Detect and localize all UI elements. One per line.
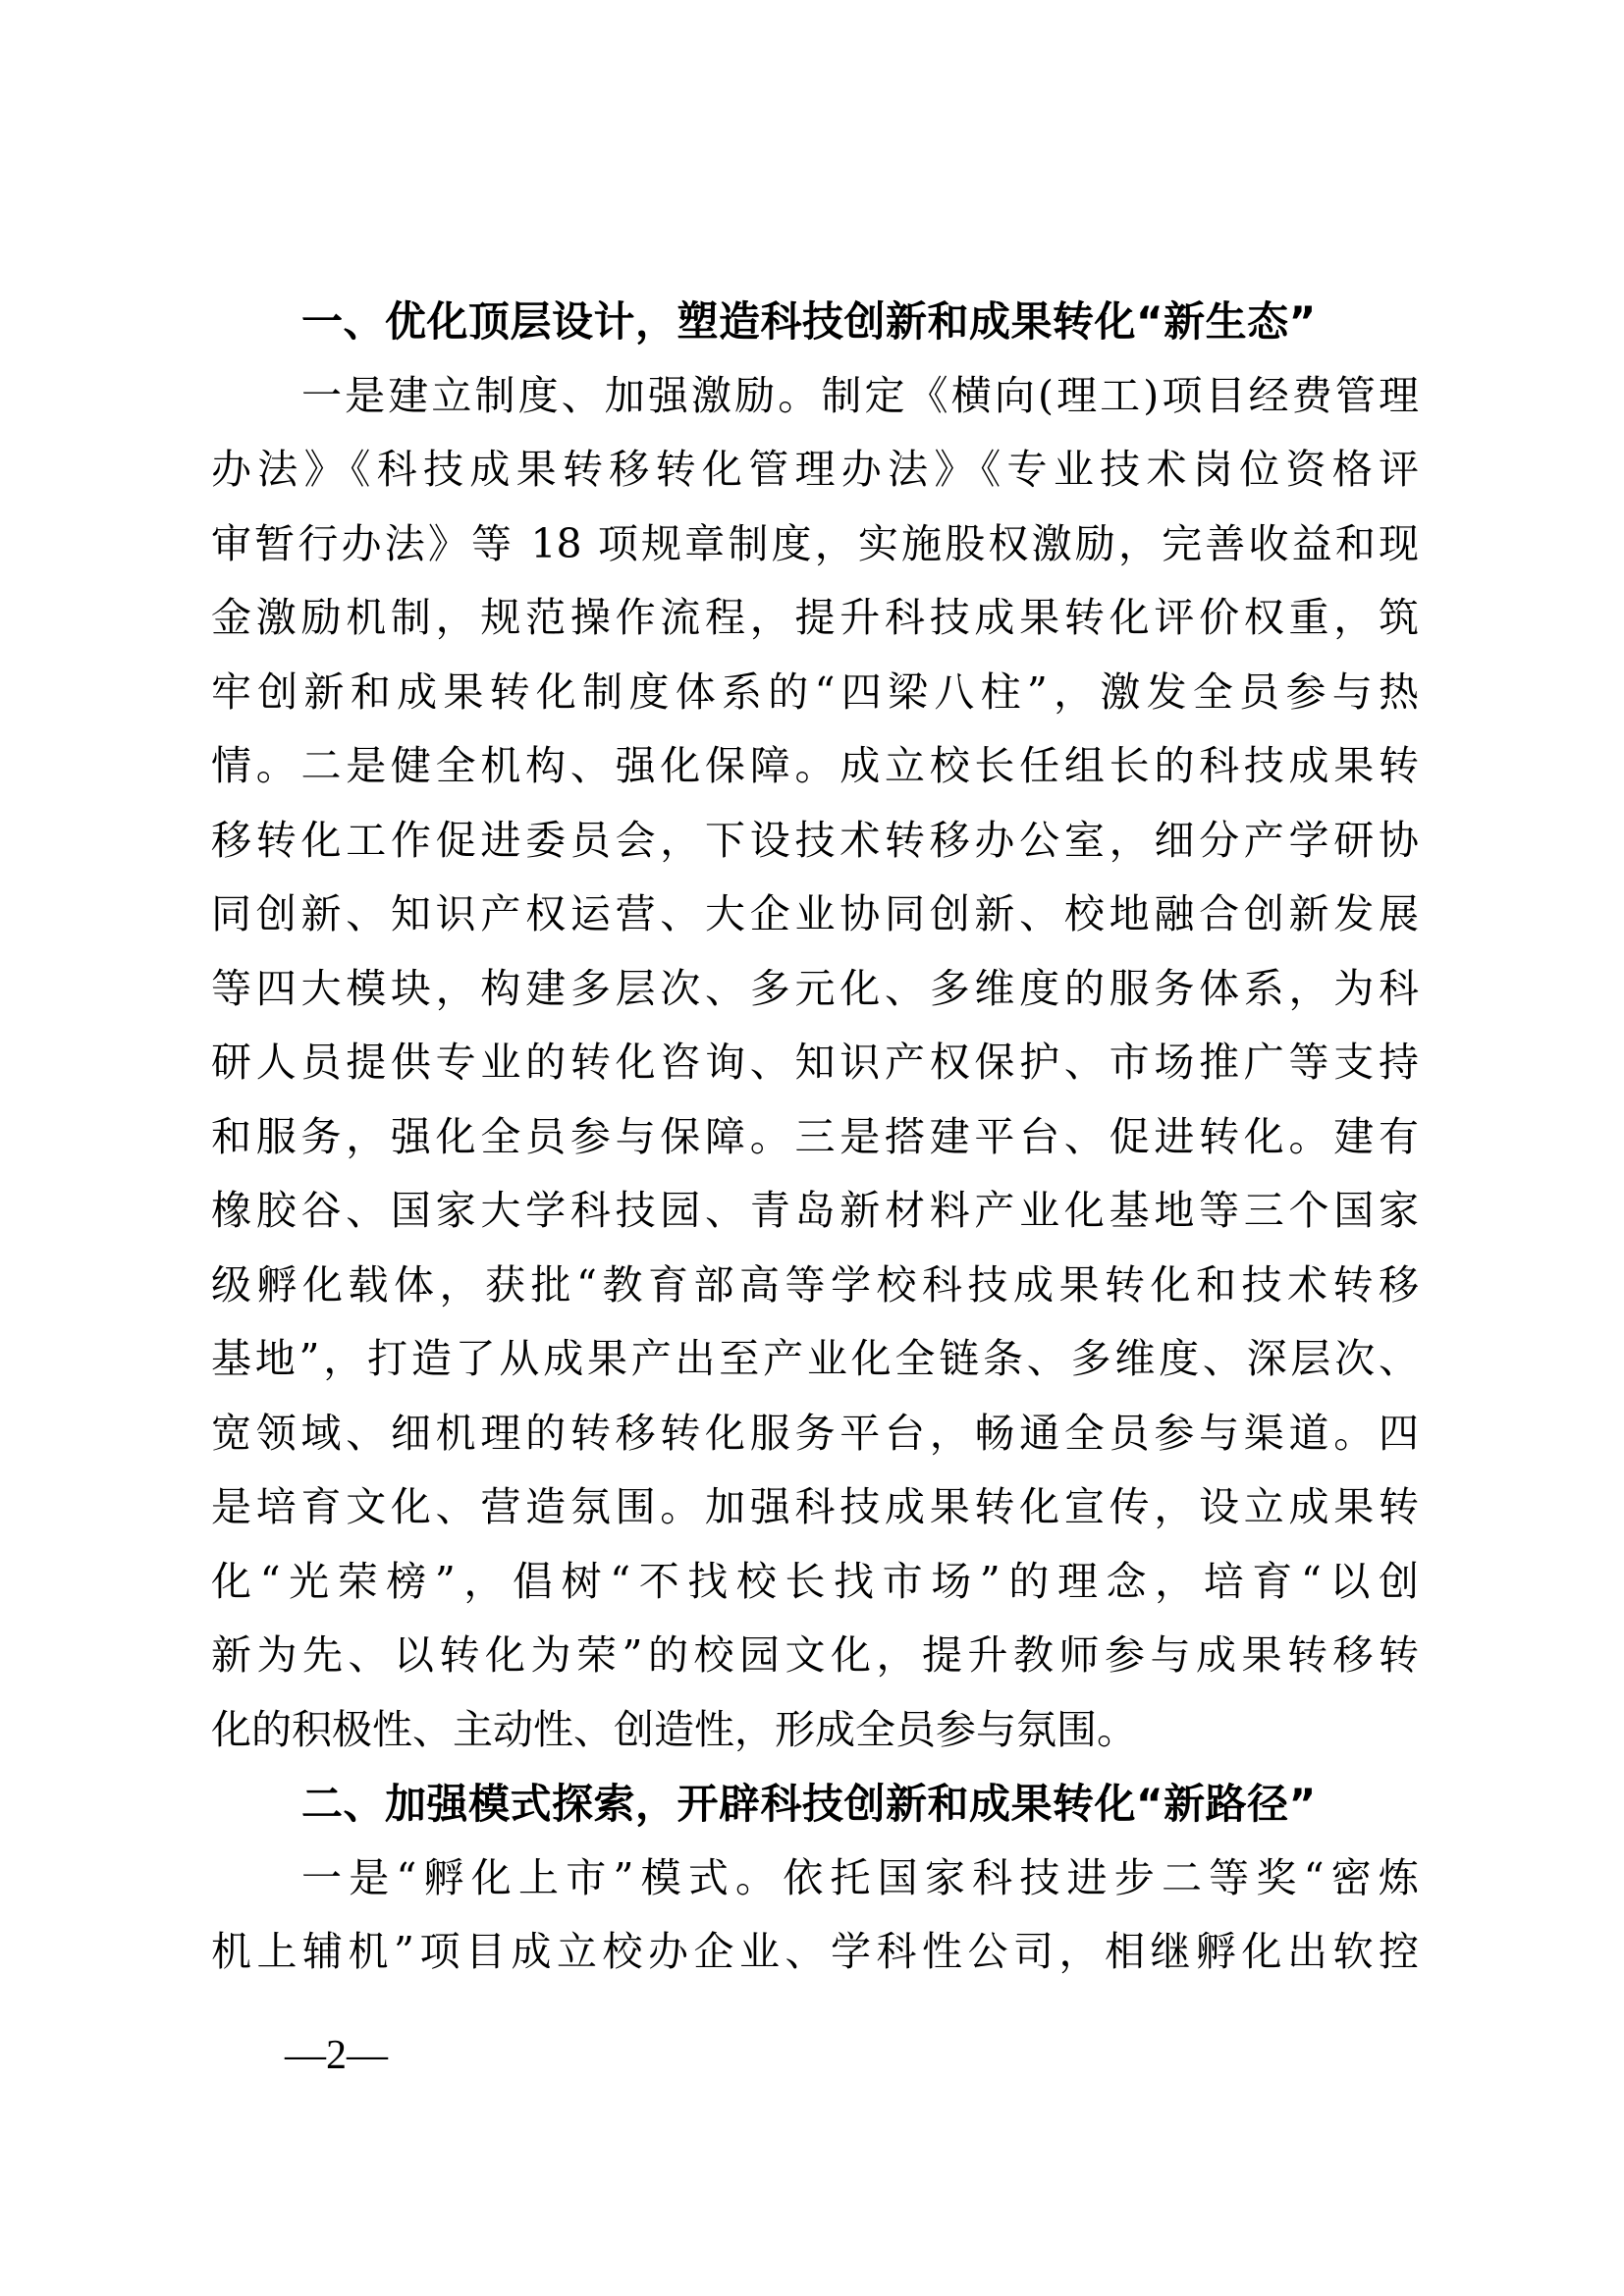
text-line: 审暂行办法》等 18 项规章制度，实施股权激励，完善收益和现: [211, 507, 1419, 582]
text-line: 牢创新和成果转化制度体系的“四梁八柱”，激发全员参与热: [211, 656, 1419, 730]
text-line: 等四大模块，构建多层次、多元化、多维度的服务体系，为科: [211, 952, 1419, 1027]
text-line: 化“光荣榜”，倡树“不找校长找市场”的理念，培育“以创: [211, 1545, 1419, 1620]
text-line: 情。二是健全机构、强化保障。成立校长任组长的科技成果转: [211, 729, 1419, 804]
text-line: 研人员提供专业的转化咨询、知识产权保护、市场推广等支持: [211, 1026, 1419, 1100]
section-heading-2: 二、加强模式探索，开辟科技创新和成果转化“新路径”: [211, 1767, 1419, 1842]
text-line: 和服务，强化全员参与保障。三是搭建平台、促进转化。建有: [211, 1100, 1419, 1175]
section-2-paragraph: 一是“孵化上市”模式。依托国家科技进步二等奖“密炼 机上辅机”项目成立校办企业、…: [211, 1842, 1419, 1990]
text-line: 机上辅机”项目成立校办企业、学科性公司，相继孵化出软控: [211, 1915, 1419, 1990]
text-line: 金激励机制，规范操作流程，提升科技成果转化评价权重，筑: [211, 581, 1419, 656]
section-heading-1: 一、优化顶层设计，塑造科技创新和成果转化“新生态”: [211, 285, 1419, 359]
section-1-paragraph: 一是建立制度、加强激励。制定《横向(理工)项目经费管理 办法》《科技成果转移转化…: [211, 359, 1419, 1768]
text-line: 移转化工作促进委员会，下设技术转移办公室，细分产学研协: [211, 804, 1419, 879]
text-line: 是培育文化、营造氛围。加强科技成果转化宣传，设立成果转: [211, 1470, 1419, 1545]
text-line: 级孵化载体，获批“教育部高等学校科技成果转化和技术转移: [211, 1249, 1419, 1323]
text-line: 橡胶谷、国家大学科技园、青岛新材料产业化基地等三个国家: [211, 1174, 1419, 1249]
text-line: 一是“孵化上市”模式。依托国家科技进步二等奖“密炼: [211, 1842, 1419, 1916]
text-line: 新为先、以转化为荣”的校园文化，提升教师参与成果转移转: [211, 1619, 1419, 1693]
document-page: 一、优化顶层设计，塑造科技创新和成果转化“新生态” 一是建立制度、加强激励。制定…: [0, 0, 1624, 2296]
text-line: 一是建立制度、加强激励。制定《横向(理工)项目经费管理: [211, 359, 1419, 434]
text-line: 宽领域、细机理的转移转化服务平台，畅通全员参与渠道。四: [211, 1397, 1419, 1471]
document-body: 一、优化顶层设计，塑造科技创新和成果转化“新生态” 一是建立制度、加强激励。制定…: [211, 285, 1419, 1990]
page-number: —2—: [285, 2032, 388, 2079]
text-line: 化的积极性、主动性、创造性，形成全员参与氛围。: [211, 1693, 1419, 1768]
text-line: 办法》《科技成果转移转化管理办法》《专业技术岗位资格评: [211, 433, 1419, 507]
text-line: 基地”，打造了从成果产出至产业化全链条、多维度、深层次、: [211, 1322, 1419, 1397]
text-line: 同创新、知识产权运营、大企业协同创新、校地融合创新发展: [211, 878, 1419, 952]
